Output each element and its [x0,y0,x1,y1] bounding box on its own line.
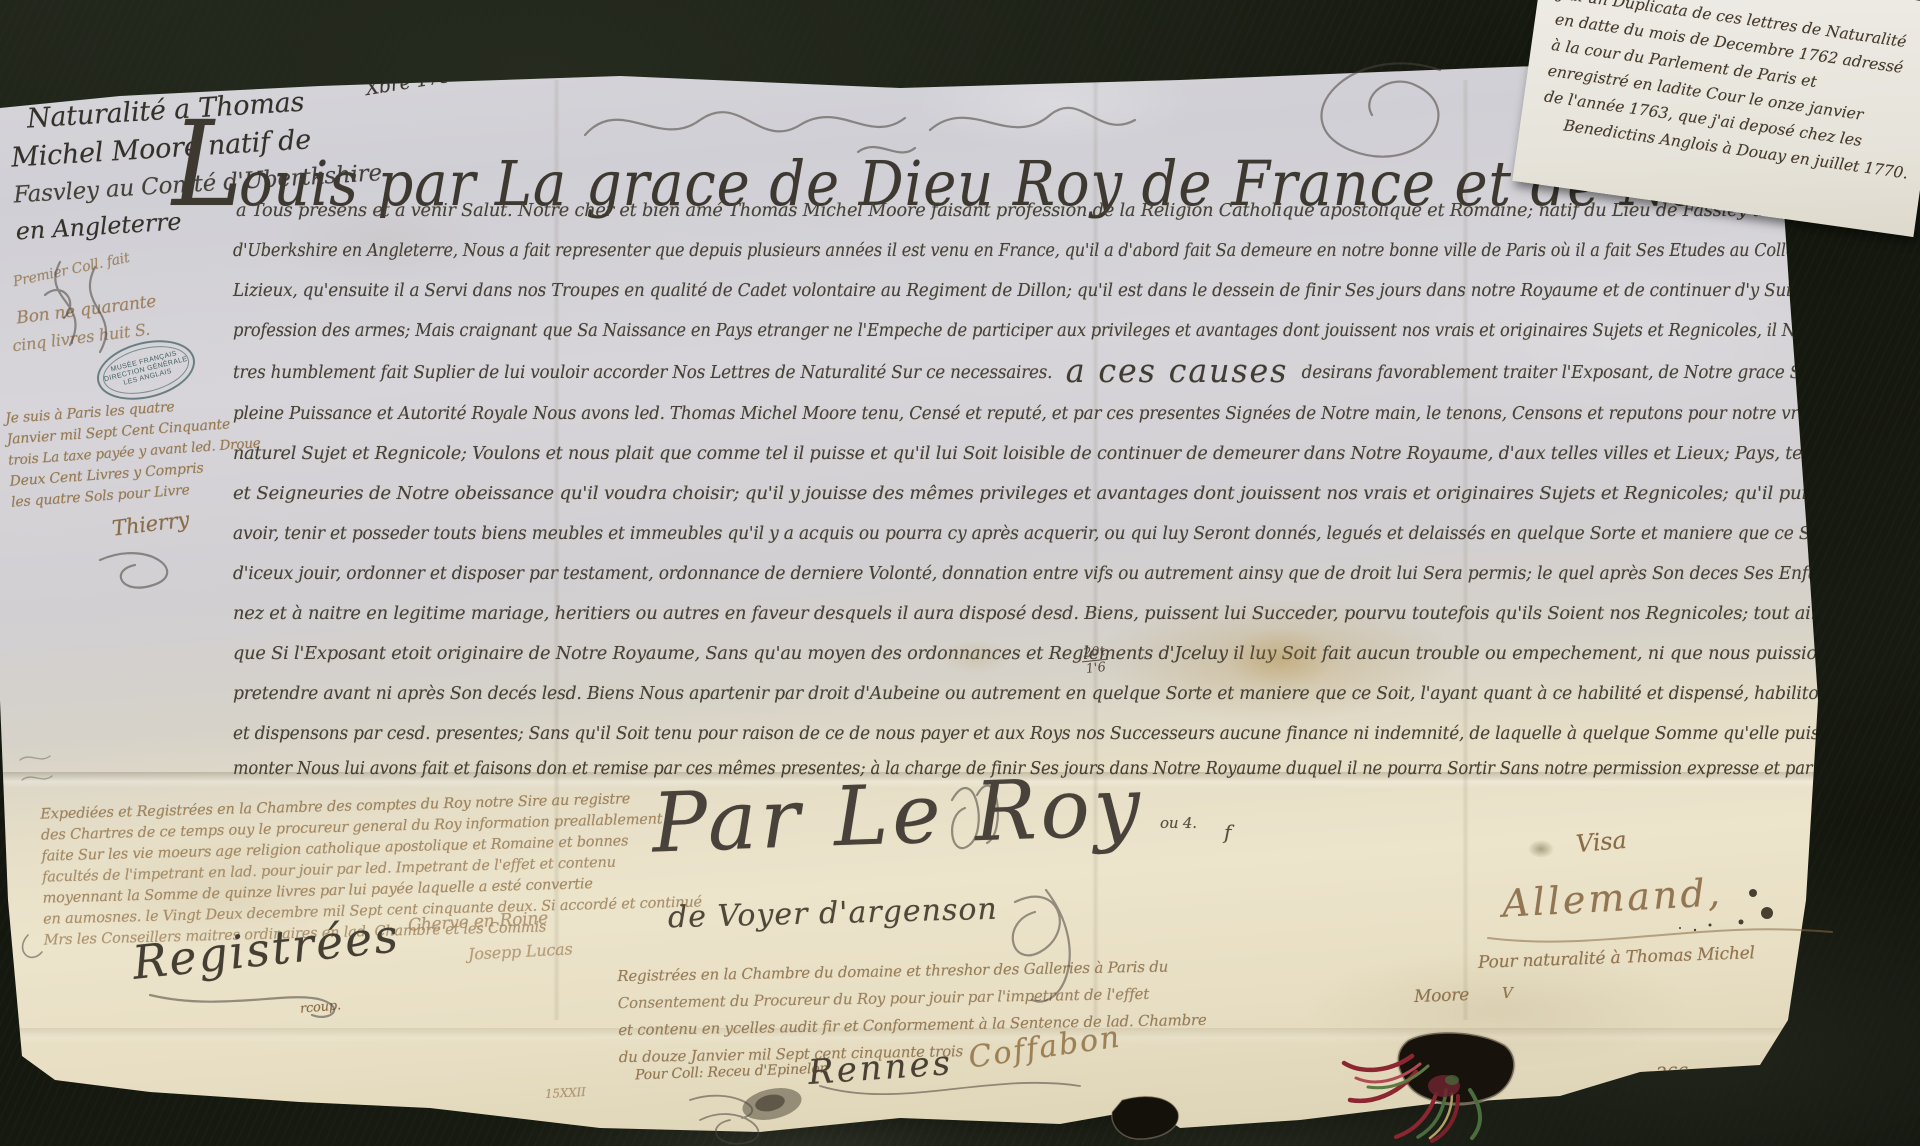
body-line: pleine Puissance et Autorité Royale Nous… [233,402,1860,426]
tan-stain-small [940,640,1010,674]
clerk-signature-thierry: Thierry [111,507,191,540]
margin-clerk-note: Premier Coll. fait [12,250,131,290]
secretary-signature-argenson: de Voyer d'argenson [668,892,999,936]
fee-fraction-mark: 20t 1'6 [1081,645,1110,677]
par-le-roy-script: Par Le Roy [650,759,1145,871]
docket-line: Moore [1414,985,1470,1007]
body-line: et Seigneuries de Notre obeissance qu'il… [233,482,1860,506]
body-line: pretendre avant ni après Son decés lesd.… [233,682,1860,706]
ink-stain [1528,840,1554,858]
fraction-denominator: 1'6 [1085,660,1107,677]
docket-number: 266 [1656,1064,1688,1086]
folio-mark: 15XXII [545,1085,586,1101]
body-line-a-ces-causes: tres humblement fait Suplier de lui voul… [233,359,1860,385]
body-line: Lizieux, qu'ensuite il a Servi dans nos … [233,279,1860,303]
docket-line: Pour naturalité à Thomas Michel [1478,943,1755,973]
body-line: que Si l'Exposant etoit originaire de No… [233,642,1860,666]
museum-oval-stamp-text: MUSÉE FRANÇAIS DIRECTION GÉNÉRALE LES AN… [98,338,194,402]
body-line: naturel Sujet et Regnicole; Voulons et n… [233,442,1860,466]
ou4-mark: ou 4. [1160,814,1197,832]
fraction-numerator: 20t [1083,644,1106,661]
body-line: a Tous presens et à venir Salut. Notre c… [236,199,1860,223]
tan-stain [1226,628,1336,690]
photographed-manuscript-scene: Xbre 1752. Naturalité a Thomas Michel Mo… [0,0,1920,1146]
body-line: d'Uberkshire en Angleterre, Nous a fait … [233,239,1860,263]
body-line: avoir, tenir et posseder touts biens meu… [233,522,1860,546]
registrees-sub-note: rcoup. [299,998,341,1017]
margin-fee-note: Je suis à Paris les quatre Janvier mil S… [5,391,265,513]
body-line: profession des armes; Mais craignant que… [233,319,1860,343]
body-line: nez et à naitre en legitime mariage, her… [233,602,1860,626]
f-mark: f [1224,820,1231,844]
docket-check-mark: V [1502,984,1513,1002]
causes-pre: tres humblement fait Suplier de lui voul… [233,363,1052,383]
visa-signature: Allemand, [1501,870,1724,925]
body-line: d'iceux jouir, ordonner et disposer par … [233,562,1860,586]
body-line: et dispensons par cesd. presentes; Sans … [233,722,1860,746]
visa-label: Visa [1575,826,1628,858]
causes-big: a ces causes [1066,351,1289,390]
causes-post: desirans favorablement traiter l'Exposan… [1302,363,1861,383]
